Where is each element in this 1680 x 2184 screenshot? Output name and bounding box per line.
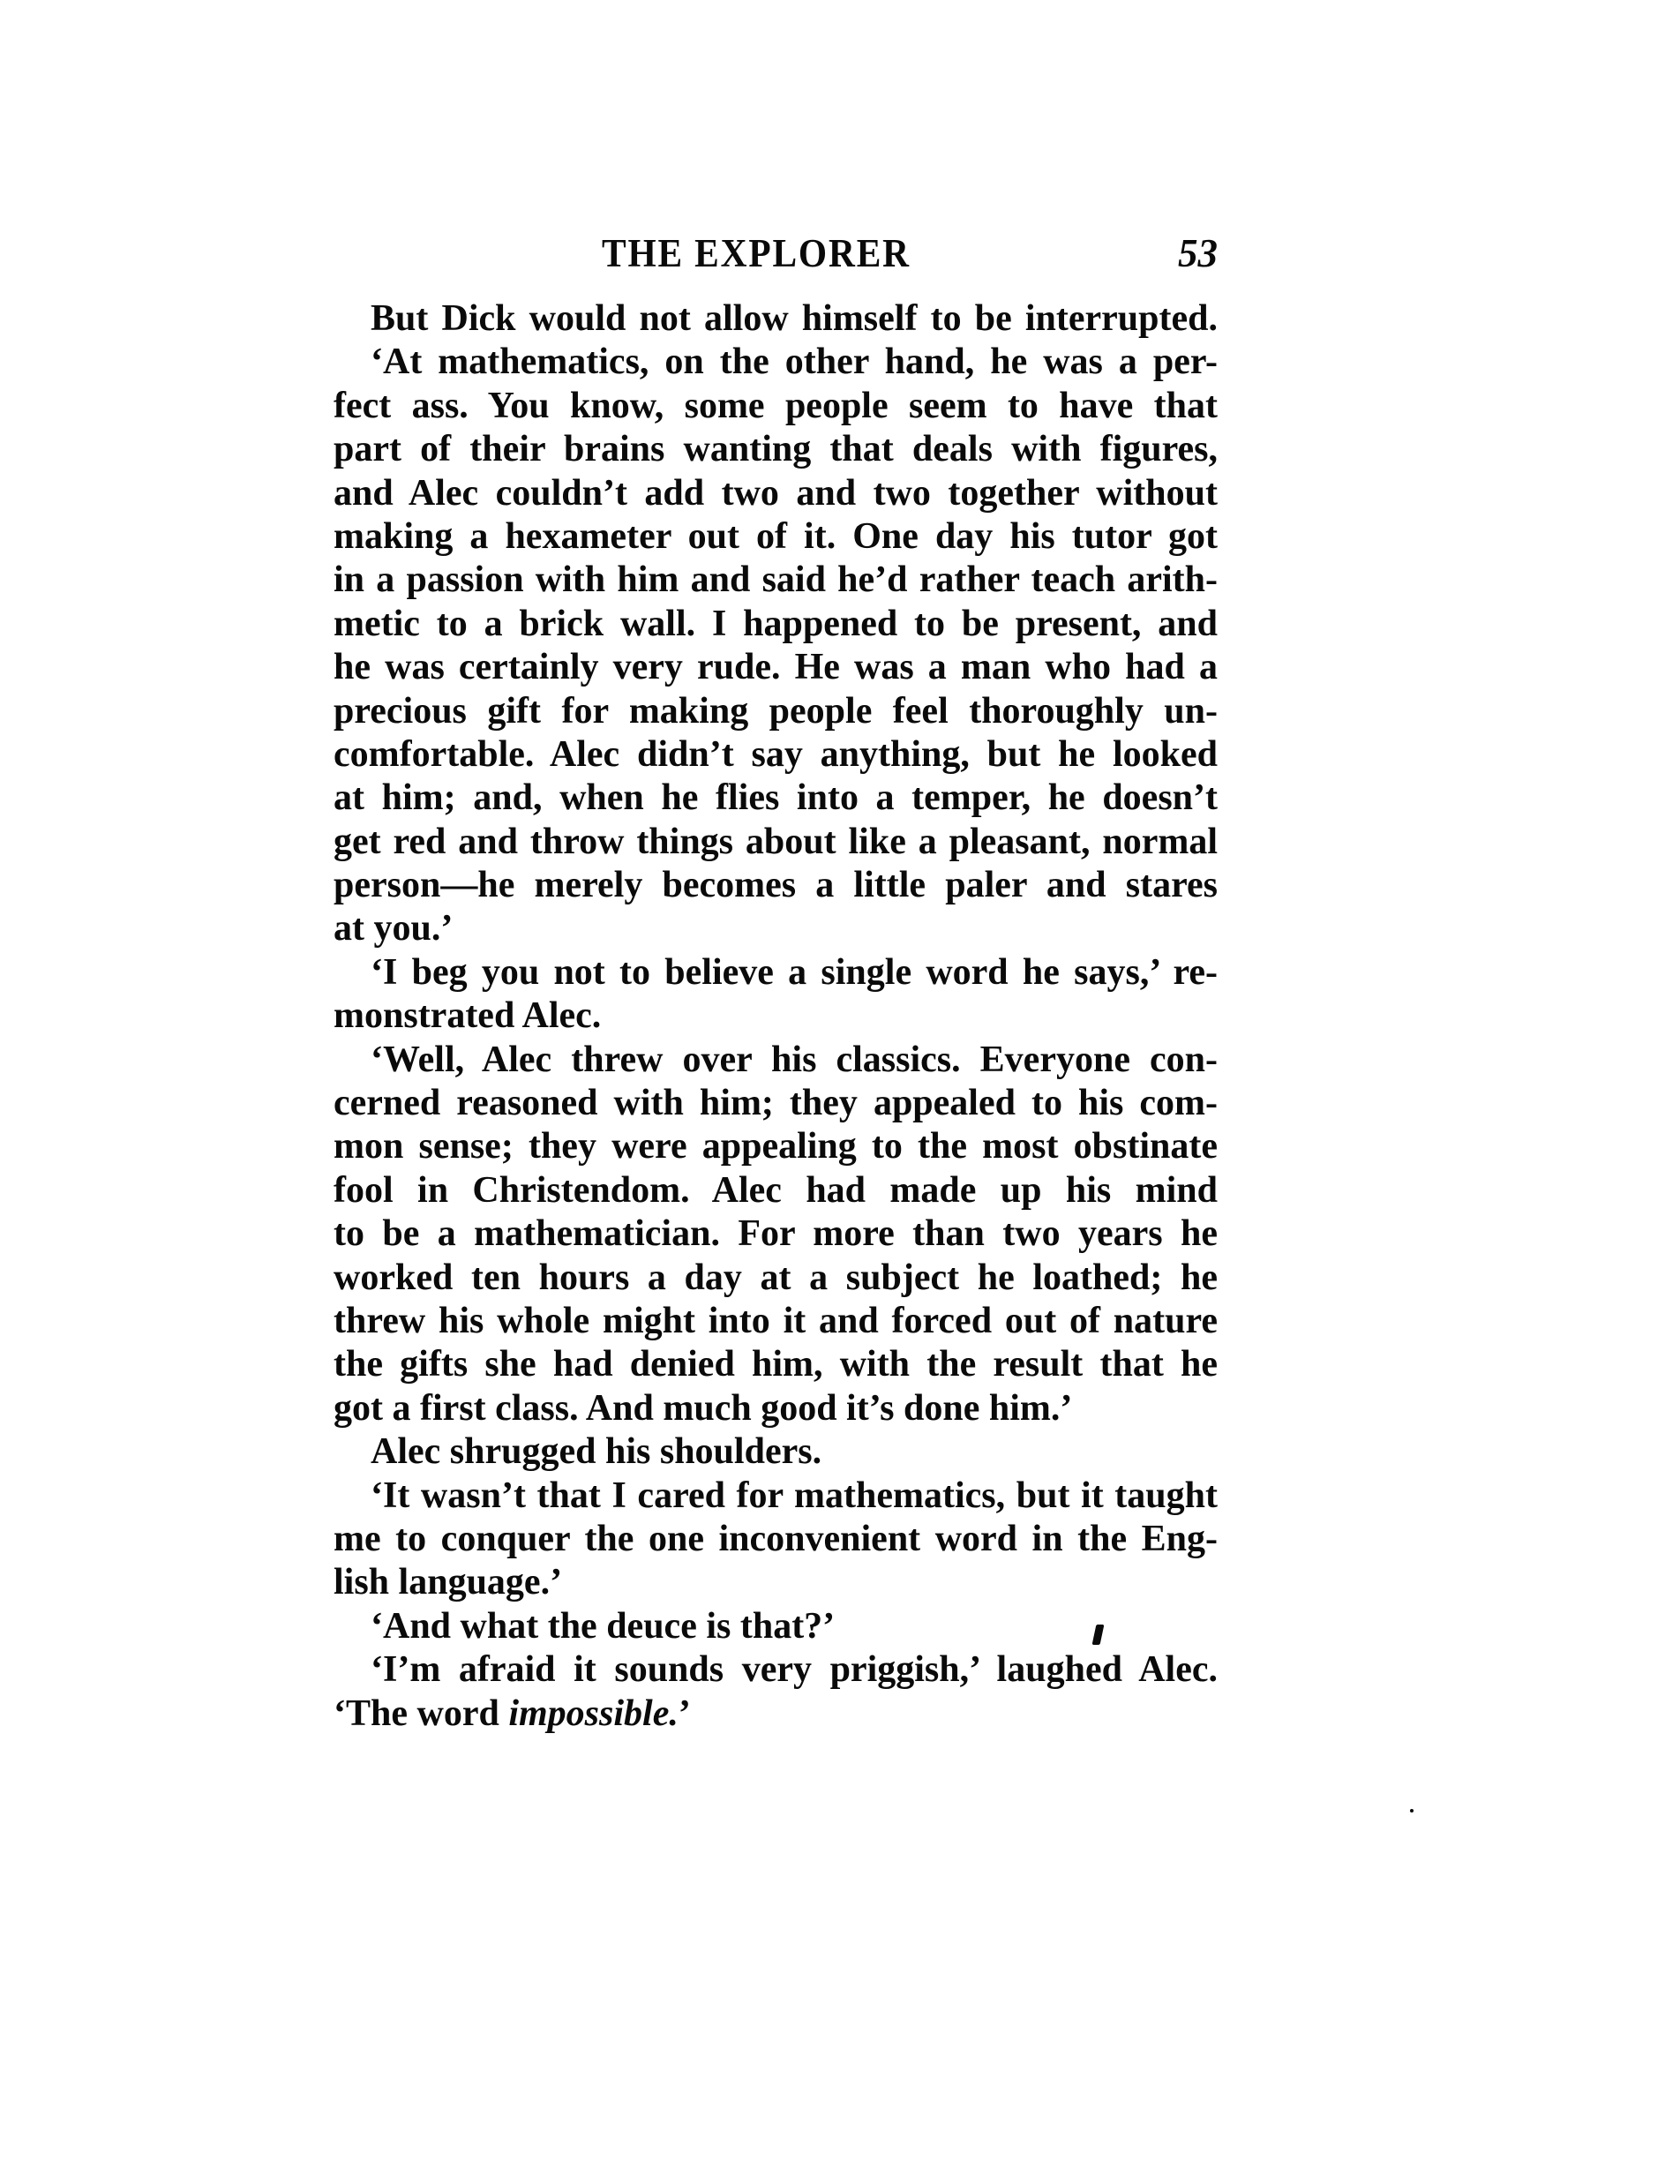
text-line: to be a mathematician. For more than two… (334, 1212, 1218, 1256)
body-text: But Dick would not allow himself to be i… (334, 297, 1218, 1736)
text-line: But Dick would not allow himself to be i… (334, 297, 1218, 341)
text-line: me to conquer the one inconvenient word … (334, 1518, 1218, 1561)
page-number: 53 (1178, 231, 1218, 275)
text-line: ‘Well, Alec threw over his classics. Eve… (334, 1039, 1218, 1082)
text-line: at you.’ (334, 907, 1218, 950)
text-line: ‘I beg you not to believe a single word … (334, 951, 1218, 994)
text-line: threw his whole might into it and forced… (334, 1300, 1218, 1343)
italic-word: impossible. (508, 1693, 679, 1734)
text-line: mon sense; they were appealing to the mo… (334, 1125, 1218, 1168)
text-line: at him; and, when he flies into a temper… (334, 777, 1218, 820)
text-line: ‘The word impossible.’ (334, 1692, 1218, 1736)
text-line: he was certainly very rude. He was a man… (334, 646, 1218, 689)
text-line: get red and throw things about like a pl… (334, 821, 1218, 864)
text-line: lish language.’ (334, 1561, 1218, 1604)
text-line: ‘And what the deuce is that?’ (334, 1605, 1218, 1648)
text-line: and Alec couldn’t add two and two togeth… (334, 472, 1218, 515)
text-line: fool in Christendom. Alec had made up hi… (334, 1169, 1218, 1212)
text-line: fect ass. You know, some people seem to … (334, 385, 1218, 428)
text-line: precious gift for making people feel tho… (334, 690, 1218, 733)
text-line: Alec shrugged his shoulders. (334, 1430, 1218, 1474)
text-line: in a passion with him and said he’d rath… (334, 559, 1218, 602)
text-line: person—he merely becomes a little paler … (334, 864, 1218, 907)
text-line: part of their brains wanting that deals … (334, 428, 1218, 471)
text-line: the gifts she had denied him, with the r… (334, 1343, 1218, 1386)
text-line: metic to a brick wall. I happened to be … (334, 603, 1218, 646)
text-line: monstrated Alec. (334, 994, 1218, 1038)
text-line: making a hexameter out of it. One day hi… (334, 515, 1218, 559)
running-head: THE EXPLORER 53 (334, 231, 1218, 275)
book-page: THE EXPLORER 53 But Dick would not allow… (0, 0, 1680, 2184)
text-run: ’ (679, 1693, 691, 1734)
text-run: ‘The word (334, 1693, 508, 1734)
text-line: ‘I’m afraid it sounds very priggish,’ la… (334, 1648, 1218, 1692)
text-line: ‘At mathematics, on the other hand, he w… (334, 341, 1218, 384)
print-blemish-dot (1410, 1809, 1414, 1812)
text-line: ‘It wasn’t that I cared for mathematics,… (334, 1475, 1218, 1518)
running-head-title: THE EXPLORER (602, 231, 911, 275)
text-line: cerned reasoned with him; they appealed … (334, 1082, 1218, 1125)
text-line: comfortable. Alec didn’t say anything, b… (334, 733, 1218, 777)
text-line: got a first class. And much good it’s do… (334, 1387, 1218, 1430)
text-line: worked ten hours a day at a subject he l… (334, 1257, 1218, 1300)
